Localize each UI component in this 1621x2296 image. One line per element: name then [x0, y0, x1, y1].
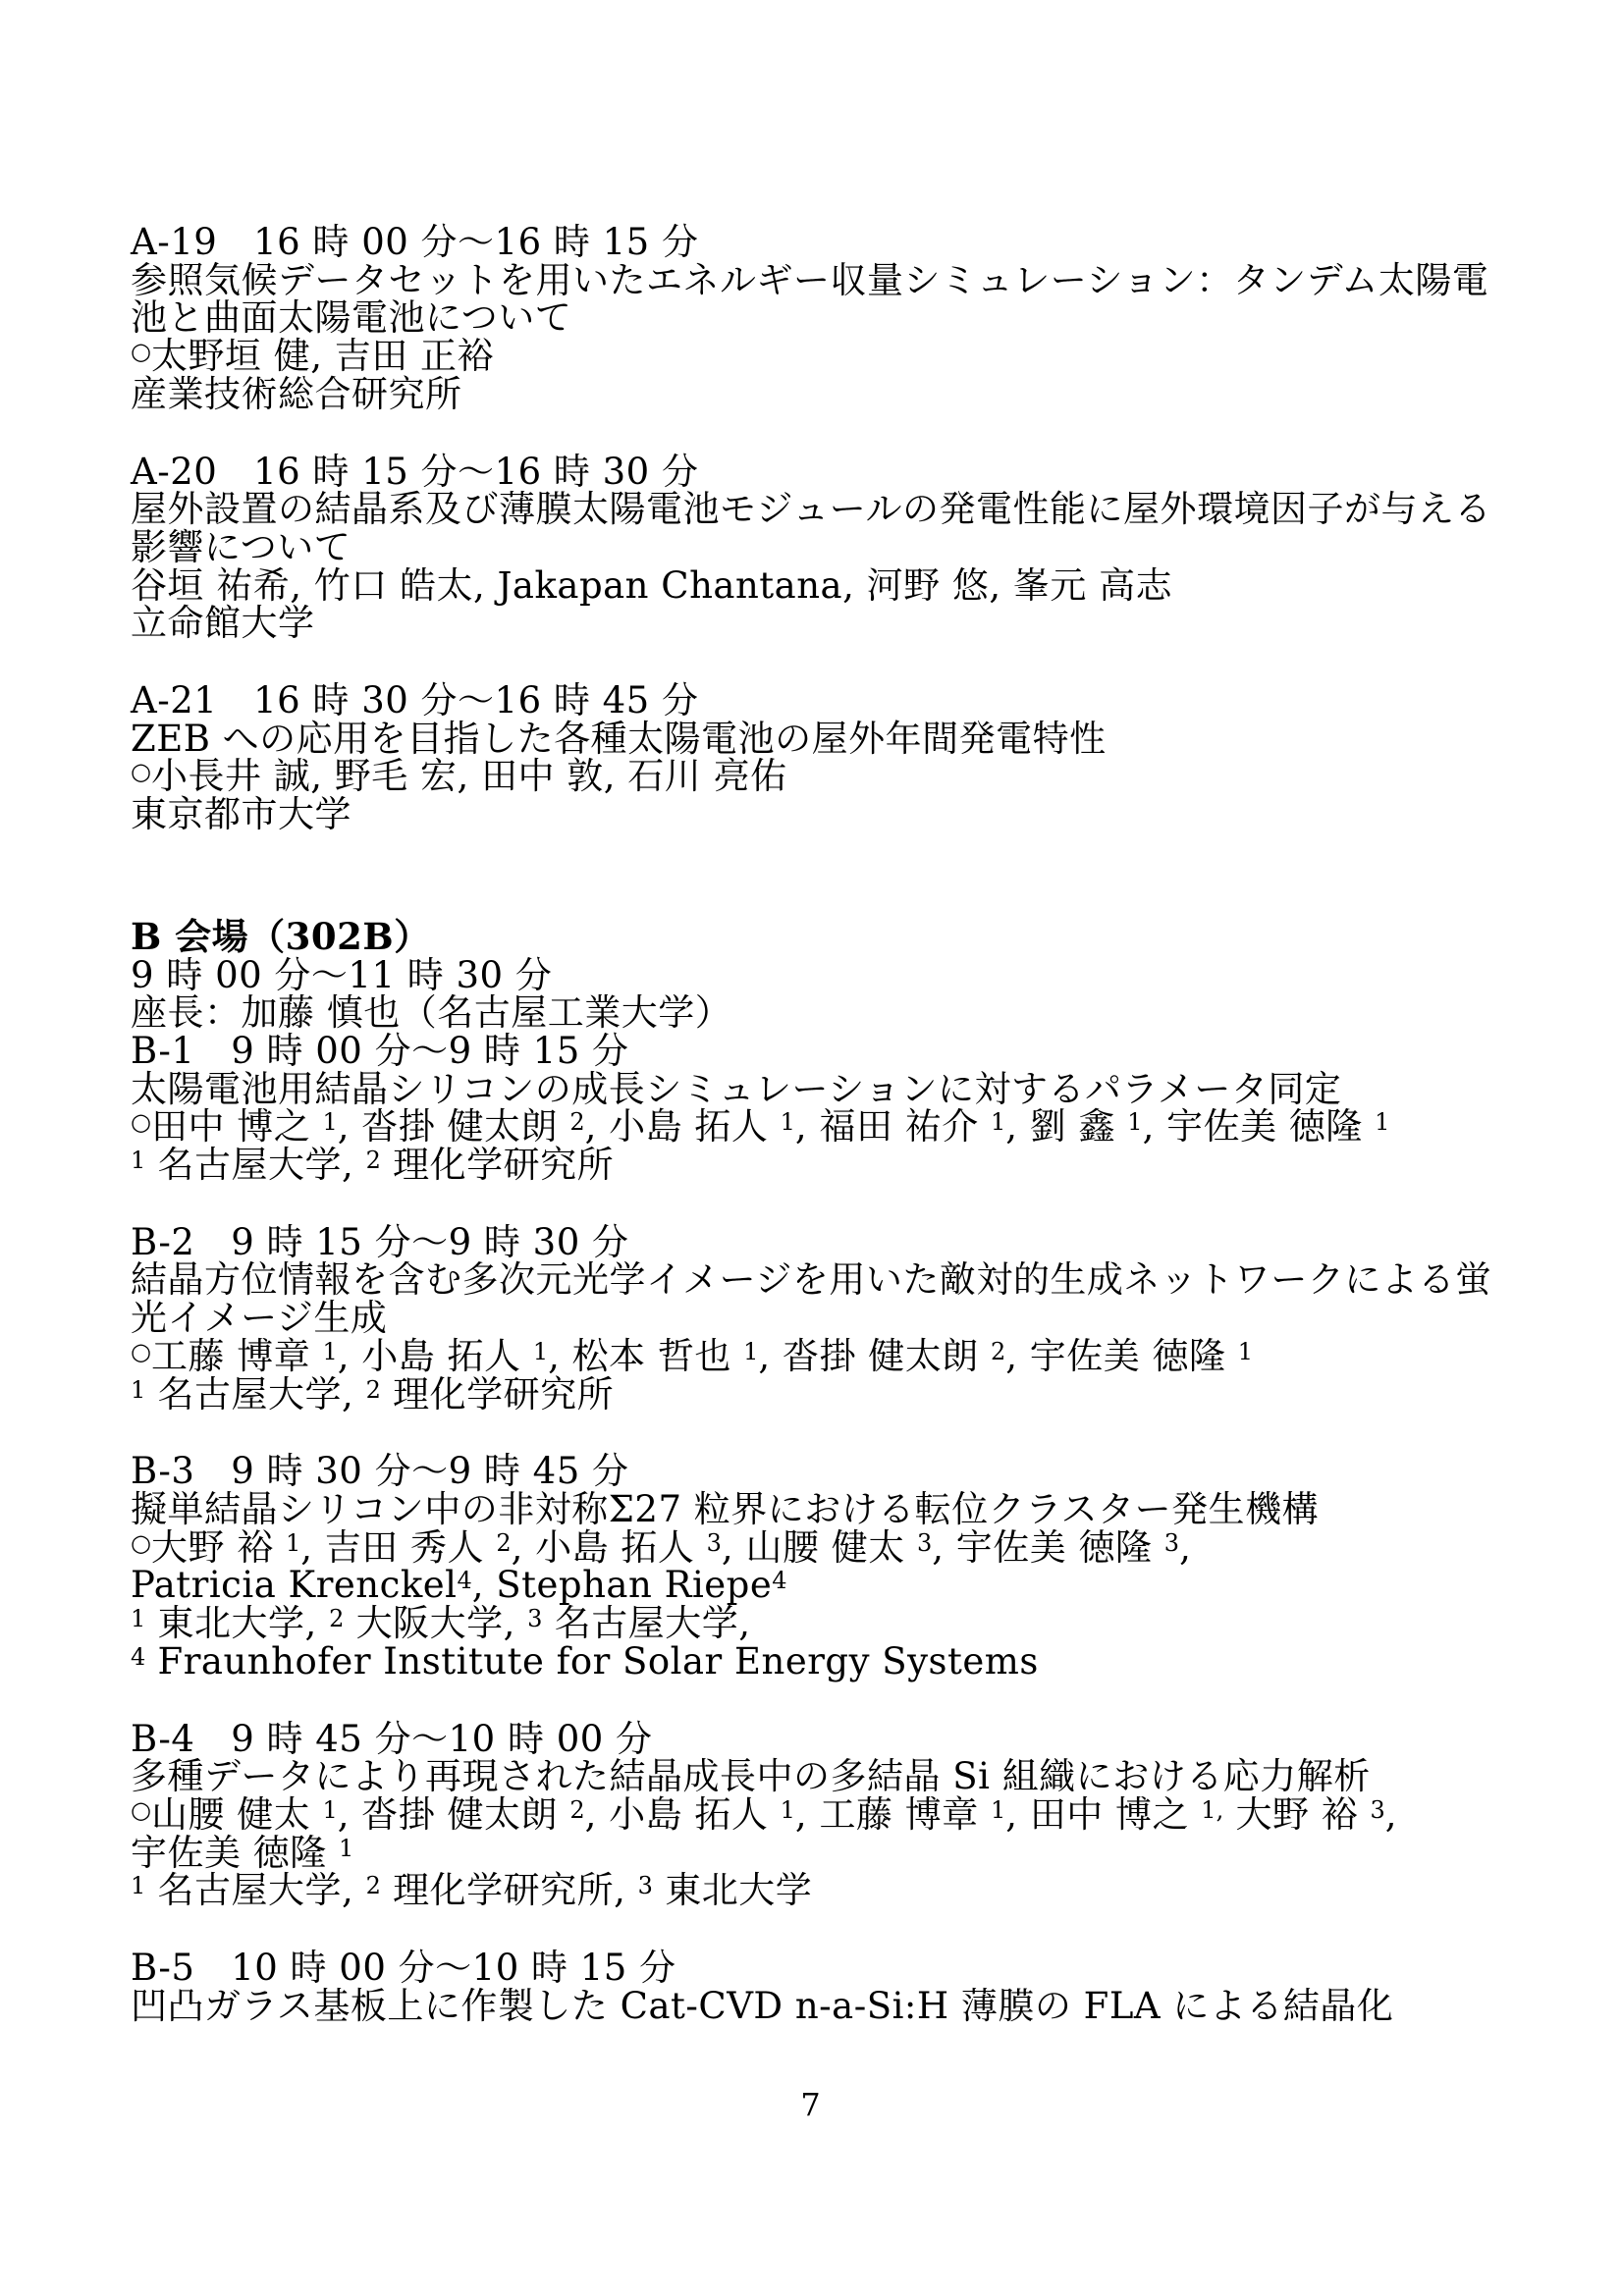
text-segment: Patricia Krenckel	[131, 1564, 458, 1606]
superscript-affiliation-number: 1	[339, 1835, 353, 1862]
document-body: A-19 16 時 00 分～16 時 15 分参照気候データセットを用いたエネ…	[131, 224, 1523, 2025]
superscript-affiliation-number: 3	[707, 1529, 722, 1557]
text-segment: 立命館大学	[131, 602, 315, 644]
superscript-affiliation-number: 2	[366, 1376, 381, 1404]
text-line: 影響について	[131, 529, 1523, 567]
superscript-affiliation-number: 1	[1127, 1108, 1142, 1136]
text-segment: , 宇佐美 徳隆	[1005, 1335, 1238, 1377]
text-line: 多種データにより再現された結晶成長中の多結晶 Si 組織における応力解析	[131, 1758, 1523, 1796]
session-a-21: A-21 16 時 30 分～16 時 45 分ZEB への応用を目指した各種太…	[131, 682, 1523, 834]
text-segment: 産業技術総合研究所	[131, 373, 462, 415]
superscript-affiliation-number: 1	[322, 1338, 337, 1365]
presenter-mark: ○	[131, 758, 151, 785]
superscript-affiliation-number: 4	[772, 1567, 786, 1594]
text-segment: 谷垣 祐希, 竹口 皓太, Jakapan Chantana, 河野 悠, 峯元…	[131, 564, 1172, 607]
superscript-affiliation-number: 1	[991, 1796, 1005, 1824]
text-segment: , 吉田 秀人	[300, 1526, 496, 1569]
superscript-affiliation-number: 1	[131, 1605, 145, 1632]
text-segment: , Stephan Riepe	[472, 1564, 772, 1606]
text-line: 太陽電池用結晶シリコンの成長シミュレーションに対するパラメータ同定	[131, 1071, 1523, 1109]
text-segment: , 田中 博之	[1005, 1793, 1201, 1836]
superscript-affiliation-number: 3	[1371, 1796, 1385, 1824]
superscript-affiliation-number: 1	[1375, 1108, 1389, 1136]
document-page: A-19 16 時 00 分～16 時 15 分参照気候データセットを用いたエネ…	[0, 0, 1621, 2296]
text-segment: 座長：加藤 慎也（名古屋工業大学）	[131, 991, 731, 1034]
text-segment: 擬単結晶シリコン中の非対称Σ27 粒界における転位クラスター発生機構	[131, 1488, 1319, 1530]
text-line: 東京都市大学	[131, 796, 1523, 834]
text-line: B-2 9 時 15 分～9 時 30 分	[131, 1224, 1523, 1262]
text-segment: 池と曲面太陽電池について	[131, 296, 571, 339]
text-line: B 会場（302B）	[131, 918, 1523, 957]
text-line: 谷垣 祐希, 竹口 皓太, Jakapan Chantana, 河野 悠, 峯元…	[131, 567, 1523, 606]
text-line: ○小長井 誠, 野毛 宏, 田中 敦, 石川 亮佑	[131, 758, 1523, 796]
text-segment: B-3 9 時 30 分～9 時 45 分	[131, 1450, 629, 1492]
text-segment: A-20 16 時 15 分～16 時 30 分	[131, 451, 698, 493]
text-segment: B-5 10 時 00 分～10 時 15 分	[131, 1947, 676, 1989]
superscript-affiliation-number: 2	[569, 1108, 584, 1136]
text-segment: , 宇佐美 徳隆	[932, 1526, 1164, 1569]
superscript-affiliation-number: 1	[286, 1529, 300, 1557]
superscript-affiliation-number: 1	[131, 1376, 145, 1404]
text-line: Patricia Krenckel4, Stephan Riepe4	[131, 1567, 1523, 1605]
text-segment: 理化学研究所	[381, 1144, 614, 1186]
superscript-affiliation-number: 2	[569, 1796, 584, 1824]
text-segment: , 松本 哲也	[548, 1335, 743, 1377]
text-line: ○太野垣 健, 吉田 正裕	[131, 338, 1523, 376]
superscript-affiliation-number: 2	[496, 1529, 511, 1557]
superscript-affiliation-number: 1	[1238, 1338, 1253, 1365]
text-segment: 宇佐美 徳隆	[131, 1832, 339, 1874]
venue-b-header-and-session-b-1: B 会場（302B）9 時 00 分～11 時 30 分座長：加藤 慎也（名古屋…	[131, 918, 1523, 1185]
text-segment: 多種データにより再現された結晶成長中の多結晶 Si 組織における応力解析	[131, 1755, 1371, 1797]
text-line: 結晶方位情報を含む多次元光学イメージを用いた敵対的生成ネットワークによる蛍	[131, 1261, 1523, 1300]
superscript-affiliation-number: 4	[131, 1643, 145, 1671]
text-segment: 太陽電池用結晶シリコンの成長シミュレーションに対するパラメータ同定	[131, 1068, 1341, 1110]
text-segment: , 劉 鑫	[1005, 1105, 1127, 1148]
text-line: 参照気候データセットを用いたエネルギー収量シミュレーション：タンデム太陽電	[131, 262, 1523, 300]
superscript-affiliation-number: 1	[743, 1338, 758, 1365]
superscript-affiliation-number: 2	[991, 1338, 1005, 1365]
text-segment: 小長井 誠, 野毛 宏, 田中 敦, 石川 亮佑	[151, 755, 787, 797]
text-line: 宇佐美 徳隆 1	[131, 1835, 1523, 1873]
text-line: 9 時 00 分～11 時 30 分	[131, 957, 1523, 995]
text-segment: 名古屋大学,	[145, 1869, 365, 1911]
superscript-affiliation-number: 1	[131, 1147, 145, 1174]
session-a-19: A-19 16 時 00 分～16 時 15 分参照気候データセットを用いたエネ…	[131, 224, 1523, 414]
text-segment: 屋外設置の結晶系及び薄膜太陽電池モジュールの発電性能に屋外環境因子が与える	[131, 488, 1491, 530]
text-segment: B-1 9 時 00 分～9 時 15 分	[131, 1030, 629, 1072]
text-line: 池と曲面太陽電池について	[131, 299, 1523, 338]
text-line: ZEB への応用を目指した各種太陽電池の屋外年間発電特性	[131, 721, 1523, 759]
text-segment: , 小島 拓人	[512, 1526, 707, 1569]
text-line: 1 名古屋大学, 2 理化学研究所	[131, 1376, 1523, 1415]
text-line: 屋外設置の結晶系及び薄膜太陽電池モジュールの発電性能に屋外環境因子が与える	[131, 491, 1523, 529]
superscript-affiliation-number: 2	[366, 1147, 381, 1174]
text-segment: 光イメージ生成	[131, 1297, 387, 1339]
superscript-affiliation-number: 3	[1164, 1529, 1179, 1557]
text-segment: 大阪大学,	[344, 1602, 527, 1644]
text-line: A-20 16 時 15 分～16 時 30 分	[131, 454, 1523, 492]
text-segment: 理化学研究所	[381, 1373, 614, 1415]
text-segment: 田中 博之	[151, 1105, 323, 1148]
presenter-mark: ○	[131, 1796, 151, 1824]
superscript-affiliation-number: 1	[322, 1108, 337, 1136]
superscript-affiliation-number: 4	[458, 1567, 472, 1594]
presenter-mark: ○	[131, 1529, 151, 1557]
text-segment: 東京都市大学	[131, 793, 351, 835]
text-line: A-21 16 時 30 分～16 時 45 分	[131, 682, 1523, 721]
text-segment: , 工藤 博章	[795, 1793, 991, 1836]
text-segment: , 沓掛 健太朗	[338, 1105, 570, 1148]
session-a-20: A-20 16 時 15 分～16 時 30 分屋外設置の結晶系及び薄膜太陽電池…	[131, 454, 1523, 644]
session-b-2: B-2 9 時 15 分～9 時 30 分結晶方位情報を含む多次元光学イメージを…	[131, 1224, 1523, 1415]
text-line: 凹凸ガラス基板上に作製した Cat-CVD n-a-Si:H 薄膜の FLA に…	[131, 1988, 1523, 2026]
page-number: 7	[0, 2087, 1621, 2122]
text-line: 座長：加藤 慎也（名古屋工業大学）	[131, 994, 1523, 1033]
text-segment: 名古屋大学,	[145, 1144, 365, 1186]
text-line: 4 Fraunhofer Institute for Solar Energy …	[131, 1643, 1523, 1682]
text-segment: 東北大学	[653, 1869, 812, 1911]
text-segment: 参照気候データセットを用いたエネルギー収量シミュレーション：タンデム太陽電	[131, 259, 1488, 301]
text-segment: ZEB への応用を目指した各種太陽電池の屋外年間発電特性	[131, 718, 1107, 760]
text-segment: 結晶方位情報を含む多次元光学イメージを用いた敵対的生成ネットワークによる蛍	[131, 1258, 1491, 1301]
text-segment: 名古屋大学,	[542, 1602, 750, 1644]
text-segment: A-21 16 時 30 分～16 時 45 分	[131, 679, 698, 721]
text-segment: 太野垣 健, 吉田 正裕	[151, 335, 494, 377]
superscript-affiliation-number: 3	[917, 1529, 932, 1557]
superscript-affiliation-number: 1	[533, 1338, 548, 1365]
session-b-4: B-4 9 時 45 分～10 時 00 分多種データにより再現された結晶成長中…	[131, 1721, 1523, 1911]
text-segment: B-2 9 時 15 分～9 時 30 分	[131, 1221, 629, 1263]
text-line: 1 名古屋大学, 2 理化学研究所, 3 東北大学	[131, 1872, 1523, 1910]
text-segment: 凹凸ガラス基板上に作製した Cat-CVD n-a-Si:H 薄膜の FLA に…	[131, 1985, 1393, 2027]
presenter-mark: ○	[131, 1108, 151, 1136]
superscript-affiliation-number: 1	[322, 1796, 337, 1824]
text-segment: , 沓掛 健太朗	[758, 1335, 991, 1377]
text-line: B-3 9 時 30 分～9 時 45 分	[131, 1453, 1523, 1491]
text-segment: , 山腰 健太	[722, 1526, 917, 1569]
text-segment: 名古屋大学,	[145, 1373, 365, 1415]
text-line: A-19 16 時 00 分～16 時 15 分	[131, 224, 1523, 262]
text-segment: 9 時 00 分～11 時 30 分	[131, 954, 552, 996]
text-segment: , 小島 拓人	[585, 1105, 781, 1148]
text-segment: Fraunhofer Institute for Solar Energy Sy…	[145, 1640, 1039, 1682]
text-segment: 工藤 博章	[151, 1335, 323, 1377]
text-line: B-4 9 時 45 分～10 時 00 分	[131, 1721, 1523, 1759]
text-segment: 理化学研究所,	[381, 1869, 638, 1911]
superscript-affiliation-number: 1	[991, 1108, 1005, 1136]
text-segment: , 宇佐美 徳隆	[1143, 1105, 1376, 1148]
text-line: ○工藤 博章 1, 小島 拓人 1, 松本 哲也 1, 沓掛 健太朗 2, 宇佐…	[131, 1338, 1523, 1376]
text-segment: 山腰 健太	[151, 1793, 323, 1836]
text-segment: 影響について	[131, 526, 351, 568]
text-segment: ,	[1179, 1526, 1191, 1569]
text-line: B-1 9 時 00 分～9 時 15 分	[131, 1033, 1523, 1071]
text-segment: 大野 裕	[151, 1526, 286, 1569]
text-segment: B-4 9 時 45 分～10 時 00 分	[131, 1718, 653, 1760]
text-line: B-5 10 時 00 分～10 時 15 分	[131, 1949, 1523, 1988]
text-segment: , 福田 祐介	[795, 1105, 991, 1148]
text-segment: ,	[1385, 1793, 1397, 1836]
presenter-mark: ○	[131, 1338, 151, 1365]
text-segment: A-19 16 時 00 分～16 時 15 分	[131, 221, 698, 263]
text-line: 擬単結晶シリコン中の非対称Σ27 粒界における転位クラスター発生機構	[131, 1491, 1523, 1529]
text-segment: B 会場（302B）	[131, 915, 431, 958]
text-line: ○山腰 健太 1, 沓掛 健太朗 2, 小島 拓人 1, 工藤 博章 1, 田中…	[131, 1796, 1523, 1835]
presenter-mark: ○	[131, 338, 151, 365]
text-segment: , 小島 拓人	[585, 1793, 781, 1836]
text-line: ○田中 博之 1, 沓掛 健太朗 2, 小島 拓人 1, 福田 祐介 1, 劉 …	[131, 1108, 1523, 1147]
text-line: 光イメージ生成	[131, 1300, 1523, 1338]
session-b-3: B-3 9 時 30 分～9 時 45 分擬単結晶シリコン中の非対称Σ27 粒界…	[131, 1453, 1523, 1681]
text-line: 立命館大学	[131, 605, 1523, 643]
superscript-affiliation-number: 3	[638, 1872, 653, 1899]
superscript-affiliation-number: 1	[131, 1872, 145, 1899]
superscript-affiliation-number: 1	[781, 1108, 795, 1136]
text-line: 1 名古屋大学, 2 理化学研究所	[131, 1147, 1523, 1185]
text-line: ○大野 裕 1, 吉田 秀人 2, 小島 拓人 3, 山腰 健太 3, 宇佐美 …	[131, 1529, 1523, 1568]
text-line: 1 東北大学, 2 大阪大学, 3 名古屋大学,	[131, 1605, 1523, 1643]
session-b-5: B-5 10 時 00 分～10 時 15 分凹凸ガラス基板上に作製した Cat…	[131, 1949, 1523, 2025]
text-line: 産業技術総合研究所	[131, 376, 1523, 414]
text-segment: 大野 裕	[1223, 1793, 1370, 1836]
text-segment: 東北大学,	[145, 1602, 329, 1644]
superscript-affiliation-number: 2	[329, 1605, 344, 1632]
superscript-affiliation-number: 2	[366, 1872, 381, 1899]
superscript-affiliation-number: 1	[781, 1796, 795, 1824]
superscript-affiliation-number: 1,	[1201, 1796, 1223, 1824]
text-segment: , 沓掛 健太朗	[338, 1793, 570, 1836]
superscript-affiliation-number: 3	[527, 1605, 542, 1632]
text-segment: , 小島 拓人	[338, 1335, 533, 1377]
